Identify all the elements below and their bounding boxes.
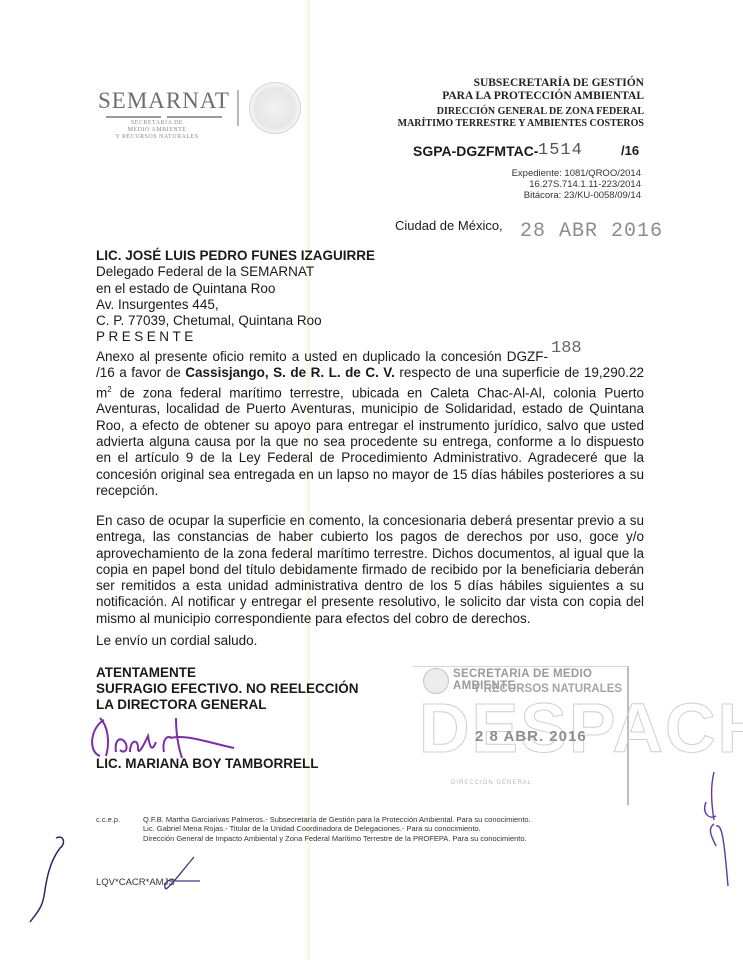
- subsecretaria-line: SUBSECRETARÍA DE GESTIÓN: [398, 77, 644, 90]
- closing-line: SUFRAGIO EFECTIVO. NO REELECCIÓN: [96, 681, 359, 697]
- addressee-name: LIC. JOSÉ LUIS PEDRO FUNES IZAGUIRRE: [96, 248, 375, 264]
- logo-divider: [237, 90, 239, 126]
- company-name: Cassisjango, S. de R. L. de C. V.: [185, 365, 395, 380]
- file-code: 16.27S.714.1.11-223/2014: [512, 179, 641, 190]
- ccp-item: Dirección General de Impacto Ambiental y…: [143, 834, 531, 843]
- received-stamp: DESPACHADO SECRETARIA DE MEDIO AMBIENTE …: [403, 662, 631, 810]
- ccp-item: Q.F.B. Martha Garciarivas Palmeros.- Sub…: [143, 815, 531, 824]
- addressee-block: LIC. JOSÉ LUIS PEDRO FUNES IZAGUIRRE Del…: [96, 248, 375, 346]
- subsecretaria-line: PARA LA PROTECCIÓN AMBIENTAL: [398, 90, 644, 103]
- ccp-item: Lic. Gabriel Mena Rojas.- Titular de la …: [143, 824, 531, 833]
- body-paragraph-3: Le envío un cordial saludo.: [96, 633, 644, 649]
- ccp-list: Q.F.B. Martha Garciarivas Palmeros.- Sub…: [143, 815, 531, 843]
- addressee-city: C. P. 77039, Chetumal, Quintana Roo: [96, 313, 375, 329]
- initials-strike-icon: [142, 855, 202, 895]
- stamp-small-text: DIRECCION GENERAL: [451, 780, 532, 787]
- presente: PRESENTE: [96, 329, 375, 345]
- body-paragraph-1: Anexo al presente oficio remito a usted …: [96, 349, 644, 499]
- reference-prefix: SGPA-DGZFMTAC-: [413, 143, 538, 159]
- semarnat-logo: SEMARNAT Secretaría de Medio Ambiente y …: [98, 88, 238, 141]
- closing-line: ATENTAMENTE: [96, 665, 359, 681]
- body-paragraph-2: En caso de ocupar la superficie en comen…: [96, 513, 644, 627]
- letterhead-department: SUBSECRETARÍA DE GESTIÓN PARA LA PROTECC…: [398, 77, 644, 129]
- handwritten-mark-icon: [26, 834, 66, 924]
- place: Ciudad de México,: [395, 218, 503, 233]
- closing-block: ATENTAMENTE SUFRAGIO EFECTIVO. NO REELEC…: [96, 665, 359, 714]
- signer-name: LIC. MARIANA BOY TAMBORRELL: [96, 756, 319, 771]
- signature-icon: [86, 712, 246, 762]
- ccp-label: c.c.e.p.: [96, 815, 120, 824]
- date-stamp: 28 ABR 2016: [520, 220, 663, 243]
- expediente: Expediente: 1081/QROO/2014: [512, 168, 641, 179]
- logo-sub-line: Medio Ambiente: [98, 127, 216, 134]
- reference-suffix: /16: [621, 143, 639, 158]
- stamp-line: Y RECURSOS NATURALES: [473, 683, 622, 695]
- handwritten-initial-icon: [696, 768, 732, 888]
- direccion-line: DIRECCIÓN GENERAL DE ZONA FEDERAL: [398, 106, 644, 118]
- stamp-date: 2 8 ABR. 2016: [475, 728, 587, 745]
- logo-sub-line: Secretaría de: [98, 120, 216, 127]
- file-references: Expediente: 1081/QROO/2014 16.27S.714.1.…: [512, 168, 641, 201]
- addressee-state: en el estado de Quintana Roo: [96, 281, 375, 297]
- bitacora: Bitácora: 23/KU-0058/09/14: [512, 190, 641, 201]
- logo-wordmark: SEMARNAT: [98, 88, 238, 114]
- addressee-street: Av. Insurgentes 445,: [96, 297, 375, 313]
- reference-number-stamp: 1514: [538, 141, 583, 160]
- logo-rule: [106, 116, 238, 118]
- addressee-title: Delegado Federal de la SEMARNAT: [96, 264, 375, 280]
- direccion-line: MARÍTIMO TERRESTRE Y AMBIENTES COSTEROS: [398, 118, 644, 130]
- coat-of-arms-seal-icon: [249, 82, 301, 134]
- logo-sub-line: y Recursos Naturales: [98, 134, 216, 141]
